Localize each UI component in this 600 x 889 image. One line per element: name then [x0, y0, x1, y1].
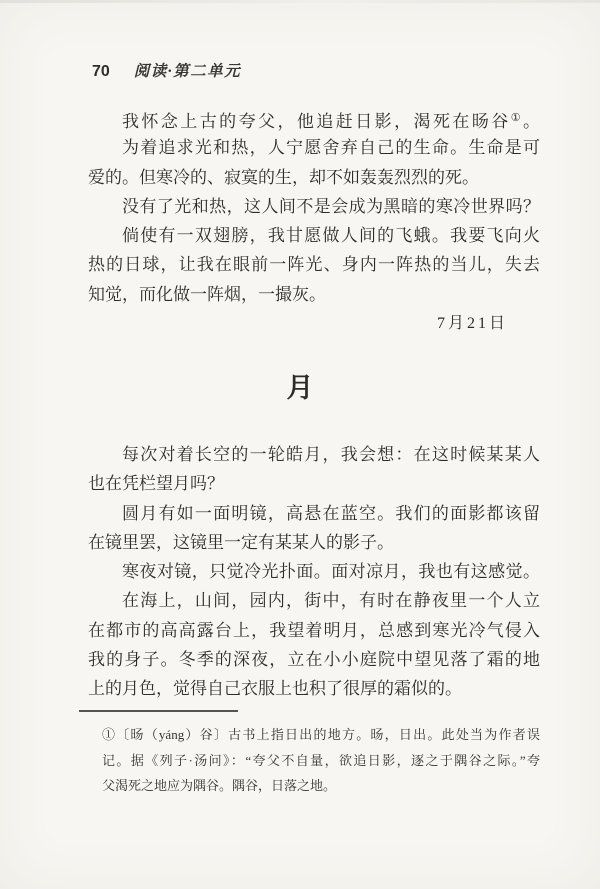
moon-paragraph-4-line-4: 上的月色，觉得自己衣服上也积了很厚的霜似的。 [88, 674, 540, 703]
moon-paragraph-1-line-2: 也在凭栏望月吗？ [88, 469, 540, 498]
sun-paragraph-4-line-3: 知觉，而化做一阵烟，一撮灰。 [88, 280, 540, 309]
sun-paragraph-4-line-2: 热的日球，让我在眼前一阵光、身内一阵热的当儿，失去 [88, 250, 540, 279]
scan-edge-decoration [0, 0, 600, 3]
sun-paragraph-4-line-1: 倘使有一双翅膀，我甘愿做人间的飞蛾。我要飞向火 [88, 221, 540, 250]
footnote-block: ①〔旸（yáng）谷〕古书上指日出的地方。旸，日出。此处当为作者误 记。据《列子… [102, 722, 540, 799]
essay-date: 7月21日 [88, 309, 540, 338]
sun-essay-body: 我怀念上古的夸父，他追赶日影，渴死在旸谷①。 为着追求光和热，人宁愿舍弃自己的生… [88, 104, 540, 338]
moon-paragraph-2-line-2: 在镜里罢，这镜里一定有某某人的影子。 [88, 528, 540, 557]
page-header: 70 阅读·第二单元 [92, 62, 241, 82]
moon-paragraph-4-line-3: 我的身子。冬季的深夜，立在小小庭院中望见落了霜的地 [88, 645, 540, 674]
footnote-line-1: ①〔旸（yáng）谷〕古书上指日出的地方。旸，日出。此处当为作者误 [102, 722, 540, 748]
footnote-reference-mark: ① [511, 112, 523, 124]
moon-paragraph-2-line-1: 圆月有如一面明镜，高悬在蓝空。我们的面影都该留 [88, 499, 540, 528]
page-number: 70 [92, 62, 110, 82]
sun-paragraph-2-line-2: 爱的。但寒冷的、寂寞的生，却不如轰轰烈烈的死。 [88, 163, 540, 192]
sun-p1-text: 我怀念上古的夸父，他追赶日影，渴死在旸谷 [122, 112, 511, 131]
footnote-line-3: 父渴死之地应为隅谷。隅谷，日落之地。 [102, 773, 540, 799]
moon-paragraph-4-line-1: 在海上，山间，园内，街中，有时在静夜里一个人立 [88, 586, 540, 615]
sun-paragraph-3-line-1: 没有了光和热，这人间不是会成为黑暗的寒冷世界吗？ [88, 192, 540, 221]
moon-paragraph-4-line-2: 在都市的高高露台上，我望着明月，总感到寒光冷气侵入 [88, 616, 540, 645]
sun-paragraph-2-line-1: 为着追求光和热，人宁愿舍弃自己的生命。生命是可 [88, 133, 540, 162]
essay-title-moon: 月 [0, 371, 600, 405]
sun-paragraph-1-line-1: 我怀念上古的夸父，他追赶日影，渴死在旸谷①。 [88, 104, 540, 133]
moon-essay-body: 每次对着长空的一轮皓月，我会想：在这时候某某人 也在凭栏望月吗？ 圆月有如一面明… [88, 440, 540, 704]
footnote-divider [79, 710, 238, 712]
textbook-page: 70 阅读·第二单元 我怀念上古的夸父，他追赶日影，渴死在旸谷①。 为着追求光和… [0, 0, 600, 889]
moon-paragraph-3-line-1: 寒夜对镜，只觉冷光扑面。面对凉月，我也有这感觉。 [88, 557, 540, 586]
moon-paragraph-1-line-1: 每次对着长空的一轮皓月，我会想：在这时候某某人 [88, 440, 540, 469]
footnote-line-2: 记。据《列子·汤问》：“夸父不自量，欲追日影，逐之于隅谷之际。”夸 [102, 748, 540, 774]
sun-p1-period: 。 [523, 112, 540, 131]
section-title: 阅读·第二单元 [134, 62, 241, 82]
